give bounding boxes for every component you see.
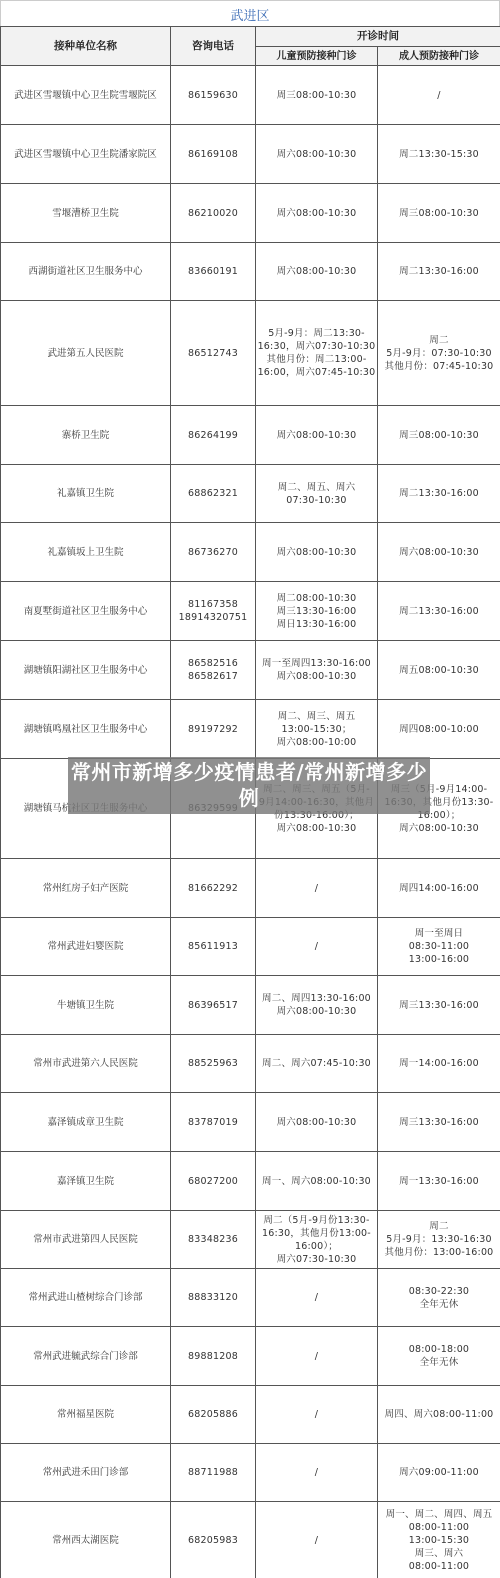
- header-adult-clinic: 成人预防接种门诊: [378, 47, 500, 66]
- table-row: 西湖街道社区卫生服务中心83660191周六08:00-10:30周二13:30…: [1, 243, 500, 301]
- child-clinic-hours-cell: /: [256, 1444, 378, 1502]
- adult-clinic-hours-cell: 周三08:00-10:30: [378, 184, 500, 243]
- phone-cell: 88711988: [171, 1444, 256, 1502]
- child-clinic-hours-cell: 5月-9月：周二13:30- 16:30，周六07:30-10:30 其他月份：…: [256, 301, 378, 406]
- unit-name-cell: 常州市武进第六人民医院: [1, 1035, 171, 1093]
- unit-name-cell: 武进区雪堰镇中心卫生院潘家院区: [1, 125, 171, 184]
- adult-clinic-hours-cell: 周三13:30-16:00: [378, 1093, 500, 1152]
- child-clinic-hours-cell: 周二、周三、周五 13:00-15:30； 周六08:00-10:00: [256, 700, 378, 759]
- phone-cell: 83787019: [171, 1093, 256, 1152]
- unit-name-cell: 礼嘉镇卫生院: [1, 465, 171, 523]
- adult-clinic-hours-cell: 周六08:00-10:30: [378, 523, 500, 582]
- child-clinic-hours-cell: 周六08:00-10:30: [256, 184, 378, 243]
- unit-name-cell: 湖塘镇阳湖社区卫生服务中心: [1, 641, 171, 700]
- table-row: 武进区雪堰镇中心卫生院潘家院区86169108周六08:00-10:30周二13…: [1, 125, 500, 184]
- child-clinic-hours-cell: 周一、周六08:00-10:30: [256, 1152, 378, 1211]
- child-clinic-hours-cell: 周六08:00-10:30: [256, 406, 378, 465]
- phone-cell: 88833120: [171, 1269, 256, 1327]
- phone-cell: 86264199: [171, 406, 256, 465]
- adult-clinic-hours-cell: 周四、周六08:00-11:00: [378, 1386, 500, 1444]
- table-row: 寨桥卫生院86264199周六08:00-10:30周三08:00-10:30: [1, 406, 500, 465]
- header-opening-hours: 开诊时间: [256, 27, 500, 47]
- adult-clinic-hours-cell: 周二13:30-16:00: [378, 465, 500, 523]
- table-row: 常州市武进第六人民医院88525963周二、周六07:45-10:30周一14:…: [1, 1035, 500, 1093]
- unit-name-cell: 常州武进妇婴医院: [1, 918, 171, 976]
- caption-overlay-text: 常州市新增多少疫情患者/常州新增多少例: [68, 757, 430, 811]
- adult-clinic-hours-cell: 周一13:30-16:00: [378, 1152, 500, 1211]
- phone-cell: 89881208: [171, 1327, 256, 1386]
- adult-clinic-hours-cell: 周四08:00-10:00: [378, 700, 500, 759]
- unit-name-cell: 雪堰漕桥卫生院: [1, 184, 171, 243]
- table-row: 常州市武进第四人民医院83348236周二（5月-9月份13:30- 16:30…: [1, 1211, 500, 1269]
- child-clinic-hours-cell: 周六08:00-10:30: [256, 1093, 378, 1152]
- unit-name-cell: 南夏墅街道社区卫生服务中心: [1, 582, 171, 641]
- adult-clinic-hours-cell: 周四14:00-16:00: [378, 859, 500, 918]
- unit-name-cell: 礼嘉镇坂上卫生院: [1, 523, 171, 582]
- child-clinic-hours-cell: 周一至周四13:30-16:00 周六08:00-10:30: [256, 641, 378, 700]
- child-clinic-hours-cell: /: [256, 918, 378, 976]
- adult-clinic-hours-cell: 周五08:00-10:30: [378, 641, 500, 700]
- child-clinic-hours-cell: 周二（5月-9月份13:30- 16:30，其他月份13:00- 16:00）；…: [256, 1211, 378, 1269]
- table-row: 雪堰漕桥卫生院86210020周六08:00-10:30周三08:00-10:3…: [1, 184, 500, 243]
- table-row: 常州武进禾田门诊部88711988/周六09:00-11:00: [1, 1444, 500, 1502]
- adult-clinic-hours-cell: 周二13:30-16:00: [378, 243, 500, 301]
- table-row: 牛塘镇卫生院86396517周二、周四13:30-16:00 周六08:00-1…: [1, 976, 500, 1035]
- phone-cell: 83660191: [171, 243, 256, 301]
- unit-name-cell: 牛塘镇卫生院: [1, 976, 171, 1035]
- adult-clinic-hours-cell: /: [378, 66, 500, 125]
- unit-name-cell: 常州武进禾田门诊部: [1, 1444, 171, 1502]
- child-clinic-hours-cell: 周六08:00-10:30: [256, 523, 378, 582]
- unit-name-cell: 嘉泽镇成章卫生院: [1, 1093, 171, 1152]
- child-clinic-hours-cell: 周三08:00-10:30: [256, 66, 378, 125]
- phone-cell: 68205983: [171, 1502, 256, 1578]
- unit-name-cell: 常州市武进第四人民医院: [1, 1211, 171, 1269]
- phone-cell: 86582516 86582617: [171, 641, 256, 700]
- child-clinic-hours-cell: /: [256, 859, 378, 918]
- table-row: 礼嘉镇坂上卫生院86736270周六08:00-10:30周六08:00-10:…: [1, 523, 500, 582]
- adult-clinic-hours-cell: 周二 5月-9月：13:30-16:30 其他月份：13:00-16:00: [378, 1211, 500, 1269]
- phone-cell: 88525963: [171, 1035, 256, 1093]
- unit-name-cell: 寨桥卫生院: [1, 406, 171, 465]
- unit-name-cell: 常州武进山楂树综合门诊部: [1, 1269, 171, 1327]
- phone-cell: 86159630: [171, 66, 256, 125]
- table-row: 常州武进山楂树综合门诊部88833120/08:30-22:30 全年无休: [1, 1269, 500, 1327]
- child-clinic-hours-cell: 周六08:00-10:30: [256, 125, 378, 184]
- table-row: 礼嘉镇卫生院68862321周二、周五、周六 07:30-10:30周二13:3…: [1, 465, 500, 523]
- adult-clinic-hours-cell: 周三13:30-16:00: [378, 976, 500, 1035]
- child-clinic-hours-cell: 周二、周四13:30-16:00 周六08:00-10:30: [256, 976, 378, 1035]
- table-row: 嘉泽镇卫生院68027200周一、周六08:00-10:30周一13:30-16…: [1, 1152, 500, 1211]
- table-row: 常州西太湖医院68205983/周一、周二、周四、周五 08:00-11:00 …: [1, 1502, 500, 1578]
- adult-clinic-hours-cell: 08:30-22:30 全年无休: [378, 1269, 500, 1327]
- table-row: 常州红房子妇产医院81662292/周四14:00-16:00: [1, 859, 500, 918]
- table-row: 湖塘镇阳湖社区卫生服务中心86582516 86582617周一至周四13:30…: [1, 641, 500, 700]
- child-clinic-hours-cell: /: [256, 1327, 378, 1386]
- phone-cell: 83348236: [171, 1211, 256, 1269]
- table-row: 常州武进妇婴医院85611913/周一至周日 08:30-11:00 13:00…: [1, 918, 500, 976]
- phone-cell: 86512743: [171, 301, 256, 406]
- district-title: 武进区: [0, 0, 500, 27]
- adult-clinic-hours-cell: 周二 5月-9月：07:30-10:30 其他月份：07:45-10:30: [378, 301, 500, 406]
- unit-name-cell: 常州红房子妇产医院: [1, 859, 171, 918]
- table-row: 湖塘镇鸣凰社区卫生服务中心89197292周二、周三、周五 13:00-15:3…: [1, 700, 500, 759]
- child-clinic-hours-cell: 周二、周六07:45-10:30: [256, 1035, 378, 1093]
- adult-clinic-hours-cell: 周一、周二、周四、周五 08:00-11:00 13:00-15:30 周三、周…: [378, 1502, 500, 1578]
- adult-clinic-hours-cell: 周六09:00-11:00: [378, 1444, 500, 1502]
- header-child-clinic: 儿童预防接种门诊: [256, 47, 378, 66]
- adult-clinic-hours-cell: 周二13:30-16:00: [378, 582, 500, 641]
- phone-cell: 86396517: [171, 976, 256, 1035]
- child-clinic-hours-cell: /: [256, 1386, 378, 1444]
- child-clinic-hours-cell: /: [256, 1502, 378, 1578]
- table-row: 南夏墅街道社区卫生服务中心81167358 18914320751周二08:00…: [1, 582, 500, 641]
- unit-name-cell: 湖塘镇鸣凰社区卫生服务中心: [1, 700, 171, 759]
- header-phone: 咨询电话: [171, 27, 256, 66]
- unit-name-cell: 武进区雪堰镇中心卫生院雪堰院区: [1, 66, 171, 125]
- table-row: 武进第五人民医院865127435月-9月：周二13:30- 16:30，周六0…: [1, 301, 500, 406]
- child-clinic-hours-cell: 周六08:00-10:30: [256, 243, 378, 301]
- phone-cell: 81167358 18914320751: [171, 582, 256, 641]
- phone-cell: 68027200: [171, 1152, 256, 1211]
- table-row: 常州福星医院68205886/周四、周六08:00-11:00: [1, 1386, 500, 1444]
- adult-clinic-hours-cell: 周三08:00-10:30: [378, 406, 500, 465]
- phone-cell: 86169108: [171, 125, 256, 184]
- adult-clinic-hours-cell: 08:00-18:00 全年无休: [378, 1327, 500, 1386]
- adult-clinic-hours-cell: 周一14:00-16:00: [378, 1035, 500, 1093]
- phone-cell: 68862321: [171, 465, 256, 523]
- unit-name-cell: 嘉泽镇卫生院: [1, 1152, 171, 1211]
- phone-cell: 86736270: [171, 523, 256, 582]
- unit-name-cell: 常州武进毓武综合门诊部: [1, 1327, 171, 1386]
- table-body: 武进区雪堰镇中心卫生院雪堰院区86159630周三08:00-10:30/武进区…: [1, 66, 500, 1578]
- phone-cell: 86210020: [171, 184, 256, 243]
- header-unit-name: 接种单位名称: [1, 27, 171, 66]
- phone-cell: 68205886: [171, 1386, 256, 1444]
- adult-clinic-hours-cell: 周一至周日 08:30-11:00 13:00-16:00: [378, 918, 500, 976]
- child-clinic-hours-cell: 周二08:00-10:30 周三13:30-16:00 周日13:30-16:0…: [256, 582, 378, 641]
- child-clinic-hours-cell: 周二、周五、周六 07:30-10:30: [256, 465, 378, 523]
- child-clinic-hours-cell: /: [256, 1269, 378, 1327]
- phone-cell: 85611913: [171, 918, 256, 976]
- unit-name-cell: 武进第五人民医院: [1, 301, 171, 406]
- unit-name-cell: 西湖街道社区卫生服务中心: [1, 243, 171, 301]
- unit-name-cell: 常州西太湖医院: [1, 1502, 171, 1578]
- adult-clinic-hours-cell: 周二13:30-15:30: [378, 125, 500, 184]
- unit-name-cell: 常州福星医院: [1, 1386, 171, 1444]
- table-row: 武进区雪堰镇中心卫生院雪堰院区86159630周三08:00-10:30/: [1, 66, 500, 125]
- table-row: 嘉泽镇成章卫生院83787019周六08:00-10:30周三13:30-16:…: [1, 1093, 500, 1152]
- table-row: 常州武进毓武综合门诊部89881208/08:00-18:00 全年无休: [1, 1327, 500, 1386]
- phone-cell: 89197292: [171, 700, 256, 759]
- phone-cell: 81662292: [171, 859, 256, 918]
